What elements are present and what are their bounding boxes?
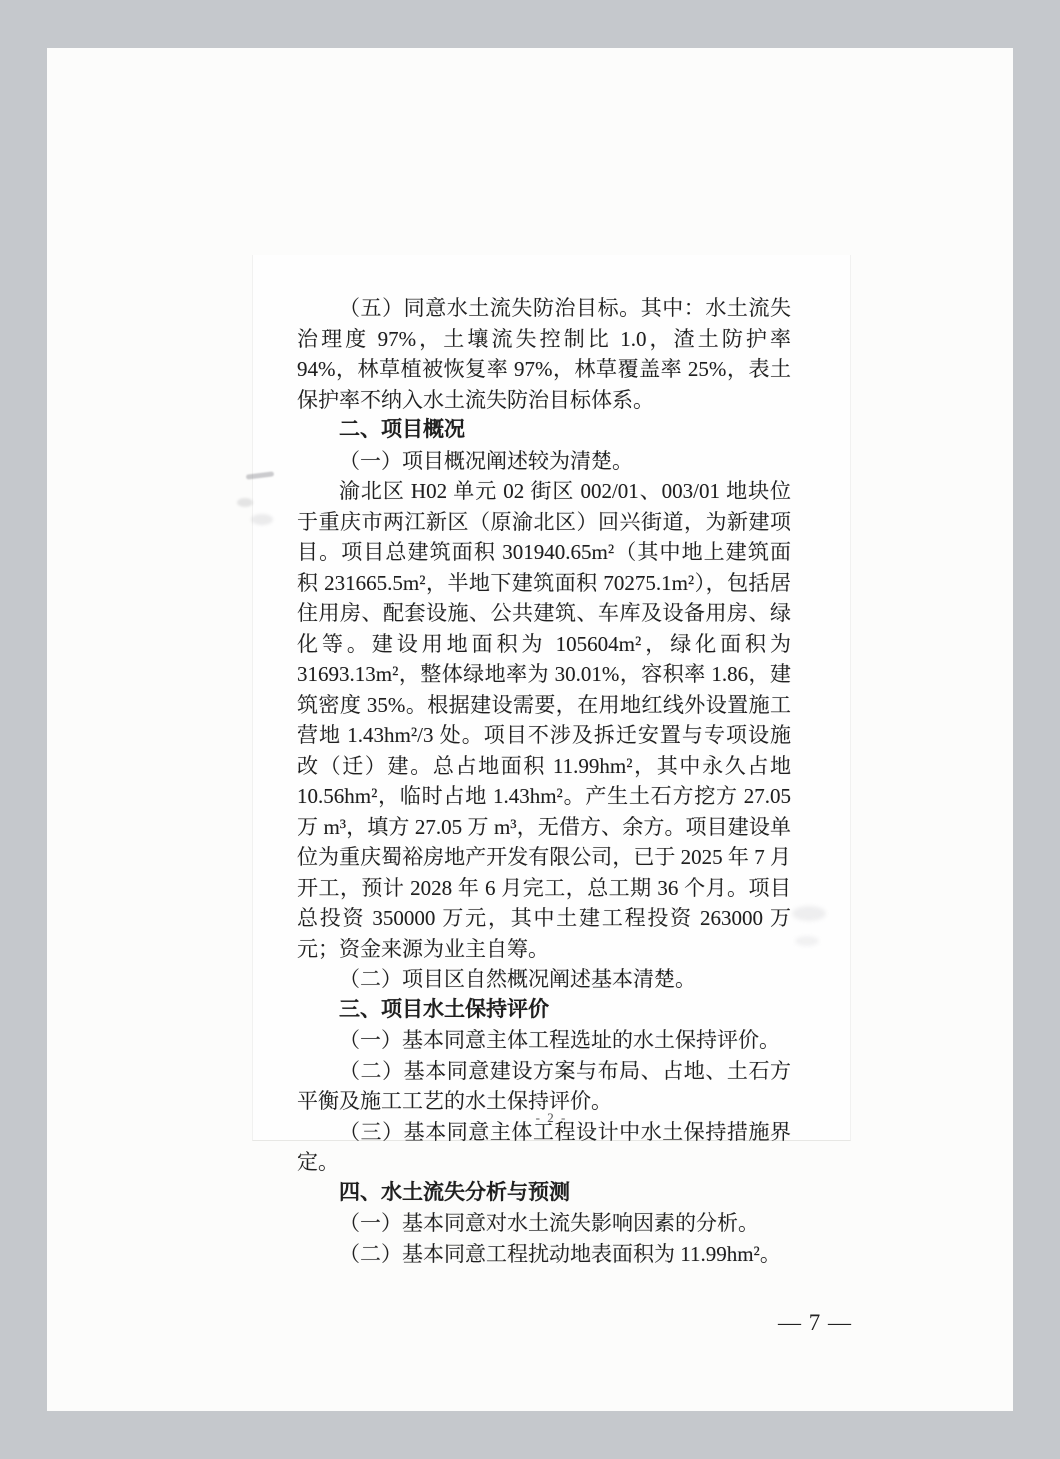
paragraph-site-selection: （一）基本同意主体工程选址的水土保持评价。 — [297, 1025, 791, 1056]
scanned-document-page: { "document": { "paragraphs": [ { "type"… — [0, 0, 1060, 1459]
scanned-letter-image: （五）同意水土流失防治目标。其中：水土流失治理度 97%，土壤流失控制比 1.0… — [252, 255, 851, 1141]
paragraph-influence-factors: （一）基本同意对水土流失影响因素的分析。 — [297, 1208, 791, 1239]
paragraph-control-targets: （五）同意水土流失防治目标。其中：水土流失治理度 97%，土壤流失控制比 1.0… — [297, 293, 791, 415]
section-heading-conservation-evaluation: 三、项目水土保持评价 — [297, 995, 791, 1026]
document-page: （五）同意水土流失防治目标。其中：水土流失治理度 97%，土壤流失控制比 1.0… — [47, 48, 1013, 1411]
inner-page-number: - 2 - — [253, 1110, 850, 1126]
section-heading-erosion-analysis: 四、水土流失分析与预测 — [297, 1178, 791, 1209]
paragraph-overview-clear: （一）项目概况阐述较为清楚。 — [297, 446, 791, 477]
section-heading-project-overview: 二、项目概况 — [297, 415, 791, 446]
pdf-page-number: — 7 — — [745, 1310, 885, 1336]
paragraph-project-details: 渝北区 H02 单元 02 街区 002/01、003/01 地块位于重庆市两江… — [297, 476, 791, 964]
scan-smudge-mark — [237, 498, 253, 507]
paragraph-natural-conditions: （二）项目区自然概况阐述基本清楚。 — [297, 964, 791, 995]
paragraph-construction-plan: （二）基本同意建设方案与布局、占地、土石方平衡及施工工艺的水土保持评价。 — [297, 1056, 791, 1117]
paragraph-disturbed-area: （二）基本同意工程扰动地表面积为 11.99hm²。 — [297, 1239, 791, 1270]
